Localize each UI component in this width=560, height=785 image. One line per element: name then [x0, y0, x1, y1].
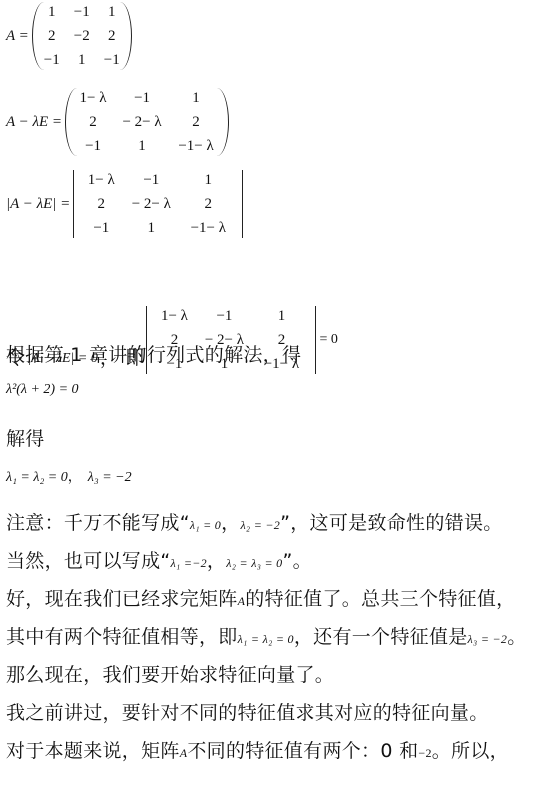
paragraph-distinct-eigenvalues: 对于本题来说，矩阵A不同的特征值有两个：0 和−2。所以， [6, 736, 509, 763]
text: ，还有一个特征值是 [294, 626, 468, 648]
matrix-a: 1−11 2−22 −11−1 [32, 2, 132, 70]
text: 。 [507, 626, 526, 648]
cell: −1 [195, 306, 253, 326]
math: λ₁ =−2 [171, 556, 207, 570]
paragraph-determinant-method: 根据第 1 章讲的行列式的解法，得 [6, 340, 301, 367]
determinant-matrix: 1− λ−11 2− 2− λ2 −11−1− λ [73, 170, 243, 238]
cell: − 2− λ [114, 112, 170, 132]
text: 。所以， [432, 740, 509, 762]
matrix-a-minus-lambda-e-equation: A − λE = 1− λ−11 2− 2− λ2 −11−1− λ [6, 88, 229, 156]
matrix-a-label: A = [6, 28, 29, 45]
cell: 1 [39, 2, 65, 22]
cell: −1− λ [180, 218, 236, 238]
math: λ₃ = −2 [468, 632, 508, 646]
cell: 1 [253, 306, 309, 326]
math: λ₁ = 0 [190, 518, 221, 532]
text: 的特征值了。总共三个特征值， [245, 588, 515, 610]
paragraph-equal-eigenvalues: 其中有两个特征值相等，即λ₁ = λ₂ = 0，还有一个特征值是λ₃ = −2。 [6, 622, 527, 649]
cell: 1 [122, 218, 180, 238]
paragraph-alternative: 当然，也可以写成“λ₁ =−2，λ₂ = λ₃ = 0”。 [6, 546, 312, 573]
text: ， [207, 550, 226, 572]
text: 不同的特征值有两个：0 和 [187, 740, 418, 762]
cell: 1 [114, 136, 170, 156]
cell: −1 [65, 2, 99, 22]
text: 其中有两个特征值相等，即 [6, 626, 238, 648]
paragraph-summary: 好，现在我们已经求完矩阵A的特征值了。总共三个特征值， [6, 584, 515, 611]
cell: 2 [72, 112, 114, 132]
cell: − 2− λ [122, 194, 180, 214]
eigenvalue-single: λ₃ = −2 [88, 470, 132, 485]
paragraph-warning: 注意：千万不能写成“λ₁ = 0，λ₂ = −2”，这可是致命性的错误。 [6, 508, 503, 535]
cell: −2 [65, 26, 99, 46]
cell: −1 [72, 136, 114, 156]
eigenvalue-double: λ₁ = λ₂ = 0 [6, 470, 68, 485]
cell: 2 [170, 112, 222, 132]
cell: −1 [80, 218, 122, 238]
text: 注意：千万不能写成“ [6, 512, 190, 534]
text: ， [221, 512, 240, 534]
cell: 1− λ [72, 88, 114, 108]
math: λ₁ = λ₂ = 0 [238, 632, 294, 646]
cell: 2 [180, 194, 236, 214]
text: ”，这可是致命性的错误。 [280, 512, 502, 534]
cell: 1 [170, 88, 222, 108]
paragraph-eigenvectors-start: 那么现在，我们要开始求特征向量了。 [6, 660, 334, 687]
determinant-label: |A − λE| = [6, 196, 70, 213]
text: 当然，也可以写成“ [6, 550, 171, 572]
paragraph-previous-lecture: 我之前讲过，要针对不同的特征值求其对应的特征向量。 [6, 698, 489, 725]
cell: −1 [39, 50, 65, 70]
cell: −1− λ [170, 136, 222, 156]
equation-eigenvalues: λ₁ = λ₂ = 0，λ₃ = −2 [6, 466, 132, 486]
cell: −1 [122, 170, 180, 190]
text: 好，现在我们已经求完矩阵 [6, 588, 238, 610]
math: −2 [418, 746, 431, 760]
equation-characteristic: λ²(λ + 2) = 0 [6, 382, 79, 398]
matrix-a-minus-lambda-e-label: A − λE = [6, 114, 62, 131]
cell: 2 [39, 26, 65, 46]
cell: −1 [99, 50, 125, 70]
text: 对于本题来说，矩阵 [6, 740, 180, 762]
cell: 2 [99, 26, 125, 46]
let-rhs: = 0 [319, 332, 337, 348]
math: λ₂ = −2 [240, 518, 280, 532]
cell: 1 [99, 2, 125, 22]
cell: 1− λ [153, 306, 195, 326]
cell: −1 [114, 88, 170, 108]
cell: 2 [80, 194, 122, 214]
matrix-a-equation: A = 1−11 2−22 −11−1 [6, 2, 132, 70]
cell: 1 [65, 50, 99, 70]
comma: ， [68, 470, 82, 485]
text: ”。 [282, 550, 311, 572]
cell: 1 [180, 170, 236, 190]
math: λ₂ = λ₃ = 0 [226, 556, 282, 570]
cell: 1− λ [80, 170, 122, 190]
determinant-equation: |A − λE| = 1− λ−11 2− 2− λ2 −11−1− λ [6, 170, 243, 238]
matrix-a-minus-lambda-e: 1− λ−11 2− 2− λ2 −11−1− λ [65, 88, 229, 156]
paragraph-solve: 解得 [6, 424, 45, 451]
